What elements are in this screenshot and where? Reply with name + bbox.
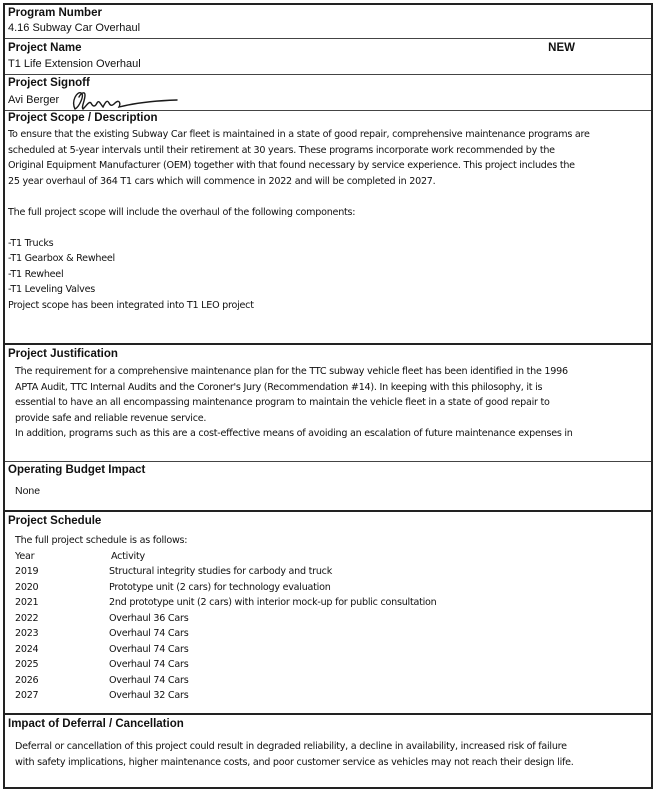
schedule-row: 20212nd prototype unit (2 cars) with int… — [15, 595, 651, 611]
divider — [5, 461, 651, 462]
schedule-row: 2025Overhaul 74 Cars — [15, 657, 651, 673]
scope-label: Project Scope / Description — [5, 111, 651, 125]
scope-intro: The full project scope will include the … — [8, 205, 651, 221]
schedule-row: 2024Overhaul 74 Cars — [15, 642, 651, 658]
component-item: -T1 Trucks — [8, 236, 651, 252]
divider — [5, 510, 651, 512]
schedule-row: 2027Overhaul 32 Cars — [15, 688, 651, 704]
justification-section: Project Justification The requirement fo… — [5, 347, 651, 442]
program-value: 4.16 Subway Car Overhaul — [5, 21, 651, 36]
status-badge: NEW — [548, 41, 575, 55]
component-item: -T1 Leveling Valves — [8, 282, 651, 298]
deferral-text: Deferral or cancellation of this project… — [5, 739, 651, 770]
divider — [5, 343, 651, 345]
component-item: -T1 Gearbox & Rewheel — [8, 251, 651, 267]
program-section: Program Number 4.16 Subway Car Overhaul — [5, 6, 651, 36]
justification-text: The requirement for a comprehensive main… — [5, 364, 651, 442]
signoff-section: Project Signoff Avi Berger — [5, 76, 651, 108]
schedule-row: 2023Overhaul 74 Cars — [15, 626, 651, 642]
project-name-value: T1 Life Extension Overhaul — [5, 57, 651, 72]
justification-label: Project Justification — [5, 347, 651, 361]
deferral-label: Impact of Deferral / Cancellation — [5, 717, 651, 731]
divider — [5, 74, 651, 75]
schedule-row: 2022Overhaul 36 Cars — [15, 611, 651, 627]
operating-budget-section: Operating Budget Impact None — [5, 463, 651, 499]
schedule-label: Project Schedule — [5, 514, 651, 528]
project-sheet: Program Number 4.16 Subway Car Overhaul … — [3, 3, 653, 789]
schedule-section: Project Schedule The full project schedu… — [5, 514, 651, 704]
scope-paragraph: To ensure that the existing Subway Car f… — [5, 127, 651, 313]
scope-note: Project scope has been integrated into T… — [8, 298, 651, 314]
schedule-row: 2020Prototype unit (2 cars) for technolo… — [15, 580, 651, 596]
schedule-intro: The full project schedule is as follows: — [15, 533, 651, 549]
deferral-section: Impact of Deferral / Cancellation Deferr… — [5, 717, 651, 770]
schedule-header: Year Activity — [15, 549, 651, 565]
divider — [5, 713, 651, 715]
scope-section: Project Scope / Description To ensure th… — [5, 111, 651, 313]
divider — [5, 38, 651, 39]
schedule-row: 2019Structural integrity studies for car… — [15, 564, 651, 580]
operating-budget-label: Operating Budget Impact — [5, 463, 651, 477]
project-name-section: Project Name NEW T1 Life Extension Overh… — [5, 41, 651, 72]
schedule-row: 2026Overhaul 74 Cars — [15, 673, 651, 689]
component-item: -T1 Rewheel — [8, 267, 651, 283]
schedule-table: The full project schedule is as follows:… — [5, 533, 651, 704]
program-label: Program Number — [5, 6, 651, 20]
operating-budget-value: None — [5, 484, 651, 499]
